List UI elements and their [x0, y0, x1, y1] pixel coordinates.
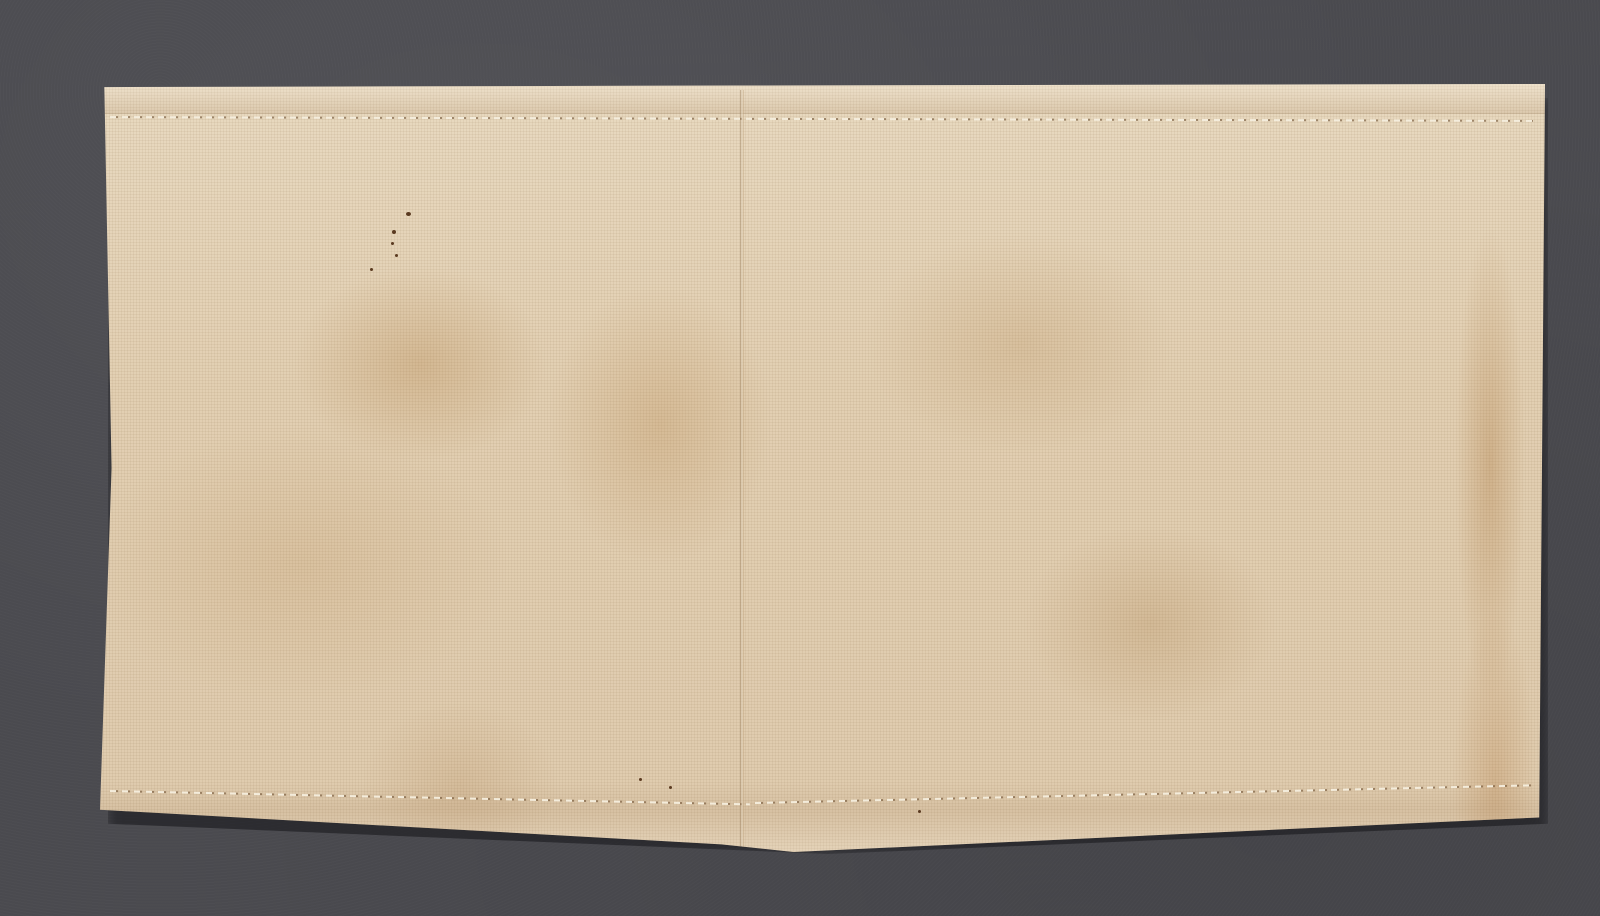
stain-speck [918, 810, 921, 813]
center-seam [740, 90, 744, 850]
armband-fabric [100, 84, 1545, 852]
stain-speck [395, 254, 398, 257]
stain-speck [406, 212, 411, 216]
top-hem [100, 84, 1545, 114]
stain-speck [370, 268, 373, 271]
stain-speck [669, 786, 672, 789]
stain-speck [392, 230, 396, 234]
stain-speck [639, 778, 642, 781]
stain-speck [391, 242, 394, 245]
top-stitching [110, 116, 1533, 122]
